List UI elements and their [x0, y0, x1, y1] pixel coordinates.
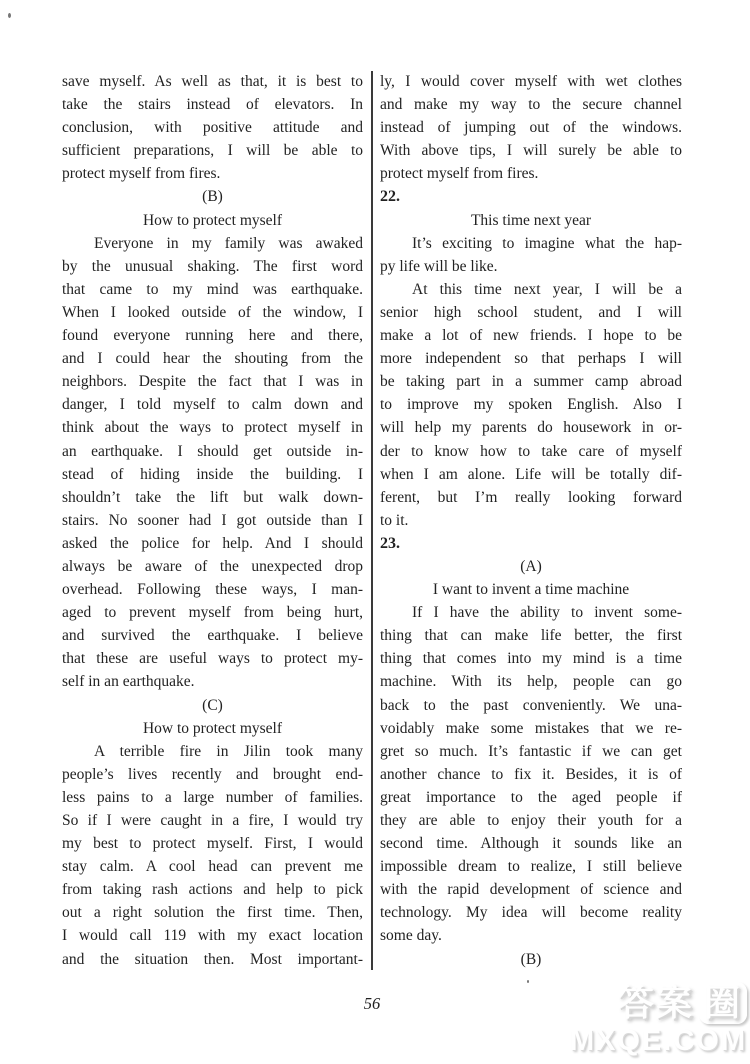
section-heading: (B) — [380, 948, 682, 971]
text-line: from taking rash actions and help to pic… — [62, 878, 363, 901]
text-line: found everyone running here and there, — [62, 324, 363, 347]
text-line: back to the past conveniently. We una- — [380, 694, 682, 717]
section-heading: (A) — [380, 555, 682, 578]
text-line: machine. With its help, people can go — [380, 670, 682, 693]
watermark-logo: 答案圈 — [570, 982, 747, 1024]
text-line: protect myself from fires. — [62, 162, 363, 185]
text-line: self in an earthquake. — [62, 670, 363, 693]
text-line: great importance to the aged people if — [380, 786, 682, 809]
text-line: ly, I would cover myself with wet clothe… — [380, 70, 682, 93]
text-line: my best to protect myself. First, I woul… — [62, 832, 363, 855]
paragraph: save myself. As well as that, it is best… — [62, 70, 363, 185]
text-line: technology. My idea will become reality — [380, 901, 682, 924]
section-heading: (B) — [62, 185, 363, 208]
text-line: take the stairs instead of elevators. In — [62, 93, 363, 116]
text-line: thing that comes into my mind is a time — [380, 647, 682, 670]
section-heading: (C) — [62, 694, 363, 717]
text-line: A terrible fire in Jilin took many — [62, 740, 363, 763]
text-line: With above tips, I will surely be able t… — [380, 139, 682, 162]
text-line: Everyone in my family was awaked — [62, 232, 363, 255]
text-line: out a right solution the first time. The… — [62, 901, 363, 924]
text-line: shouldn’t take the lift but walk down- — [62, 486, 363, 509]
text-line: people’s lives recently and brought end- — [62, 763, 363, 786]
paragraph: A terrible fire in Jilin took manypeople… — [62, 740, 363, 971]
text-line: stairs. No sooner had I got outside than… — [62, 509, 363, 532]
text-line: by the unusual shaking. The first word — [62, 255, 363, 278]
heading-line: (C) — [62, 694, 363, 717]
text-line: be taking part in a summer camp abroad — [380, 370, 682, 393]
text-line: der to know how to take care of myself — [380, 440, 682, 463]
watermark-logo-badge: 圈 — [699, 982, 747, 1024]
heading-line: I want to invent a time machine — [380, 578, 682, 601]
watermark: 答案圈 MXQE.COM — [570, 982, 747, 1056]
heading-line: (B) — [380, 948, 682, 971]
text-line: they are able to enjoy their youth for a — [380, 809, 682, 832]
paragraph: ly, I would cover myself with wet clothe… — [380, 70, 682, 185]
text-line: py life will be like. — [380, 255, 682, 278]
text-line: impossible dream to realize, I still bel… — [380, 855, 682, 878]
text-line: asked the police for help. And I should — [62, 532, 363, 555]
paragraph: At this time next year, I will be asenio… — [380, 278, 682, 532]
text-line: and survived the earthquake. I believe — [62, 624, 363, 647]
answer-number: 23. — [380, 532, 682, 555]
text-line: to improve my spoken English. Also I — [380, 393, 682, 416]
text-line: thing that can make life better, the fir… — [380, 624, 682, 647]
heading-line: This time next year — [380, 209, 682, 232]
section-heading: How to protect myself — [62, 717, 363, 740]
text-line: that these are useful ways to protect my… — [62, 647, 363, 670]
text-line: an earthquake. I should get outside in- — [62, 440, 363, 463]
heading-line: How to protect myself — [62, 717, 363, 740]
text-line: conclusion, with positive attitude and — [62, 116, 363, 139]
section-heading: This time next year — [380, 209, 682, 232]
text-line: will help my parents do housework in or- — [380, 416, 682, 439]
watermark-site-text: MXQE.COM — [570, 1026, 747, 1056]
text-line: It’s exciting to imagine what the hap- — [380, 232, 682, 255]
scan-speck — [527, 980, 529, 983]
text-line: If I have the ability to invent some- — [380, 601, 682, 624]
left-column: save myself. As well as that, it is best… — [62, 70, 363, 971]
text-line: and the situation then. Most important- — [62, 948, 363, 971]
text-line: another chance to fix it. Besides, it is… — [380, 763, 682, 786]
text-line: instead of jumping out of the windows. — [380, 116, 682, 139]
text-line: save myself. As well as that, it is best… — [62, 70, 363, 93]
text-line: stay calm. A cool head can prevent me — [62, 855, 363, 878]
text-line: make a lot of new friends. I hope to be — [380, 324, 682, 347]
marker-line: 23. — [380, 532, 682, 555]
paragraph: It’s exciting to imagine what the hap-py… — [380, 232, 682, 278]
paragraph: If I have the ability to invent some-thi… — [380, 601, 682, 947]
text-line: danger, I told myself to calm down and — [62, 393, 363, 416]
text-line: At this time next year, I will be a — [380, 278, 682, 301]
text-line: that came to my mind was earthquake. — [62, 278, 363, 301]
text-line: second time. Although it sounds like an — [380, 832, 682, 855]
heading-line: (B) — [62, 185, 363, 208]
text-line: senior high school student, and I will — [380, 301, 682, 324]
text-line: When I looked outside of the window, I — [62, 301, 363, 324]
section-heading: How to protect myself — [62, 209, 363, 232]
text-line: always be aware of the unexpected drop — [62, 555, 363, 578]
marker-line: 22. — [380, 185, 682, 208]
text-line: protect myself from fires. — [380, 162, 682, 185]
text-line: think about the ways to protect myself i… — [62, 416, 363, 439]
text-line: and I could hear the shouting from the — [62, 347, 363, 370]
scan-speck — [8, 13, 11, 18]
text-line: less pains to a large number of families… — [62, 786, 363, 809]
text-line: with the rapid development of science an… — [380, 878, 682, 901]
text-line: aged to prevent myself from being hurt, — [62, 601, 363, 624]
text-line: overhead. Following these ways, I man- — [62, 578, 363, 601]
watermark-logo-text: 答案 — [618, 982, 694, 1023]
text-line: to it. — [380, 509, 682, 532]
text-line: I would call 119 with my exact location — [62, 924, 363, 947]
heading-line: (A) — [380, 555, 682, 578]
heading-line: How to protect myself — [62, 209, 363, 232]
text-line: sufficient preparations, I will be able … — [62, 139, 363, 162]
text-line: gret so much. It’s fantastic if we can g… — [380, 740, 682, 763]
text-line: and make my way to the secure channel — [380, 93, 682, 116]
section-heading: I want to invent a time machine — [380, 578, 682, 601]
page-content: save myself. As well as that, it is best… — [62, 70, 682, 971]
text-line: some day. — [380, 924, 682, 947]
text-line: voidably make some mistakes that we re- — [380, 717, 682, 740]
paragraph: Everyone in my family was awakedby the u… — [62, 232, 363, 694]
text-line: So if I were caught in a fire, I would t… — [62, 809, 363, 832]
text-line: stead of hiding inside the building. I — [62, 463, 363, 486]
text-line: more independent so that perhaps I will — [380, 347, 682, 370]
text-line: ferent, but I’m really looking forward — [380, 486, 682, 509]
text-line: when I am alone. Life will be totally di… — [380, 463, 682, 486]
right-column: ly, I would cover myself with wet clothe… — [380, 70, 682, 971]
text-line: neighbors. Despite the fact that I was i… — [62, 370, 363, 393]
column-divider — [371, 71, 373, 970]
answer-number: 22. — [380, 185, 682, 208]
